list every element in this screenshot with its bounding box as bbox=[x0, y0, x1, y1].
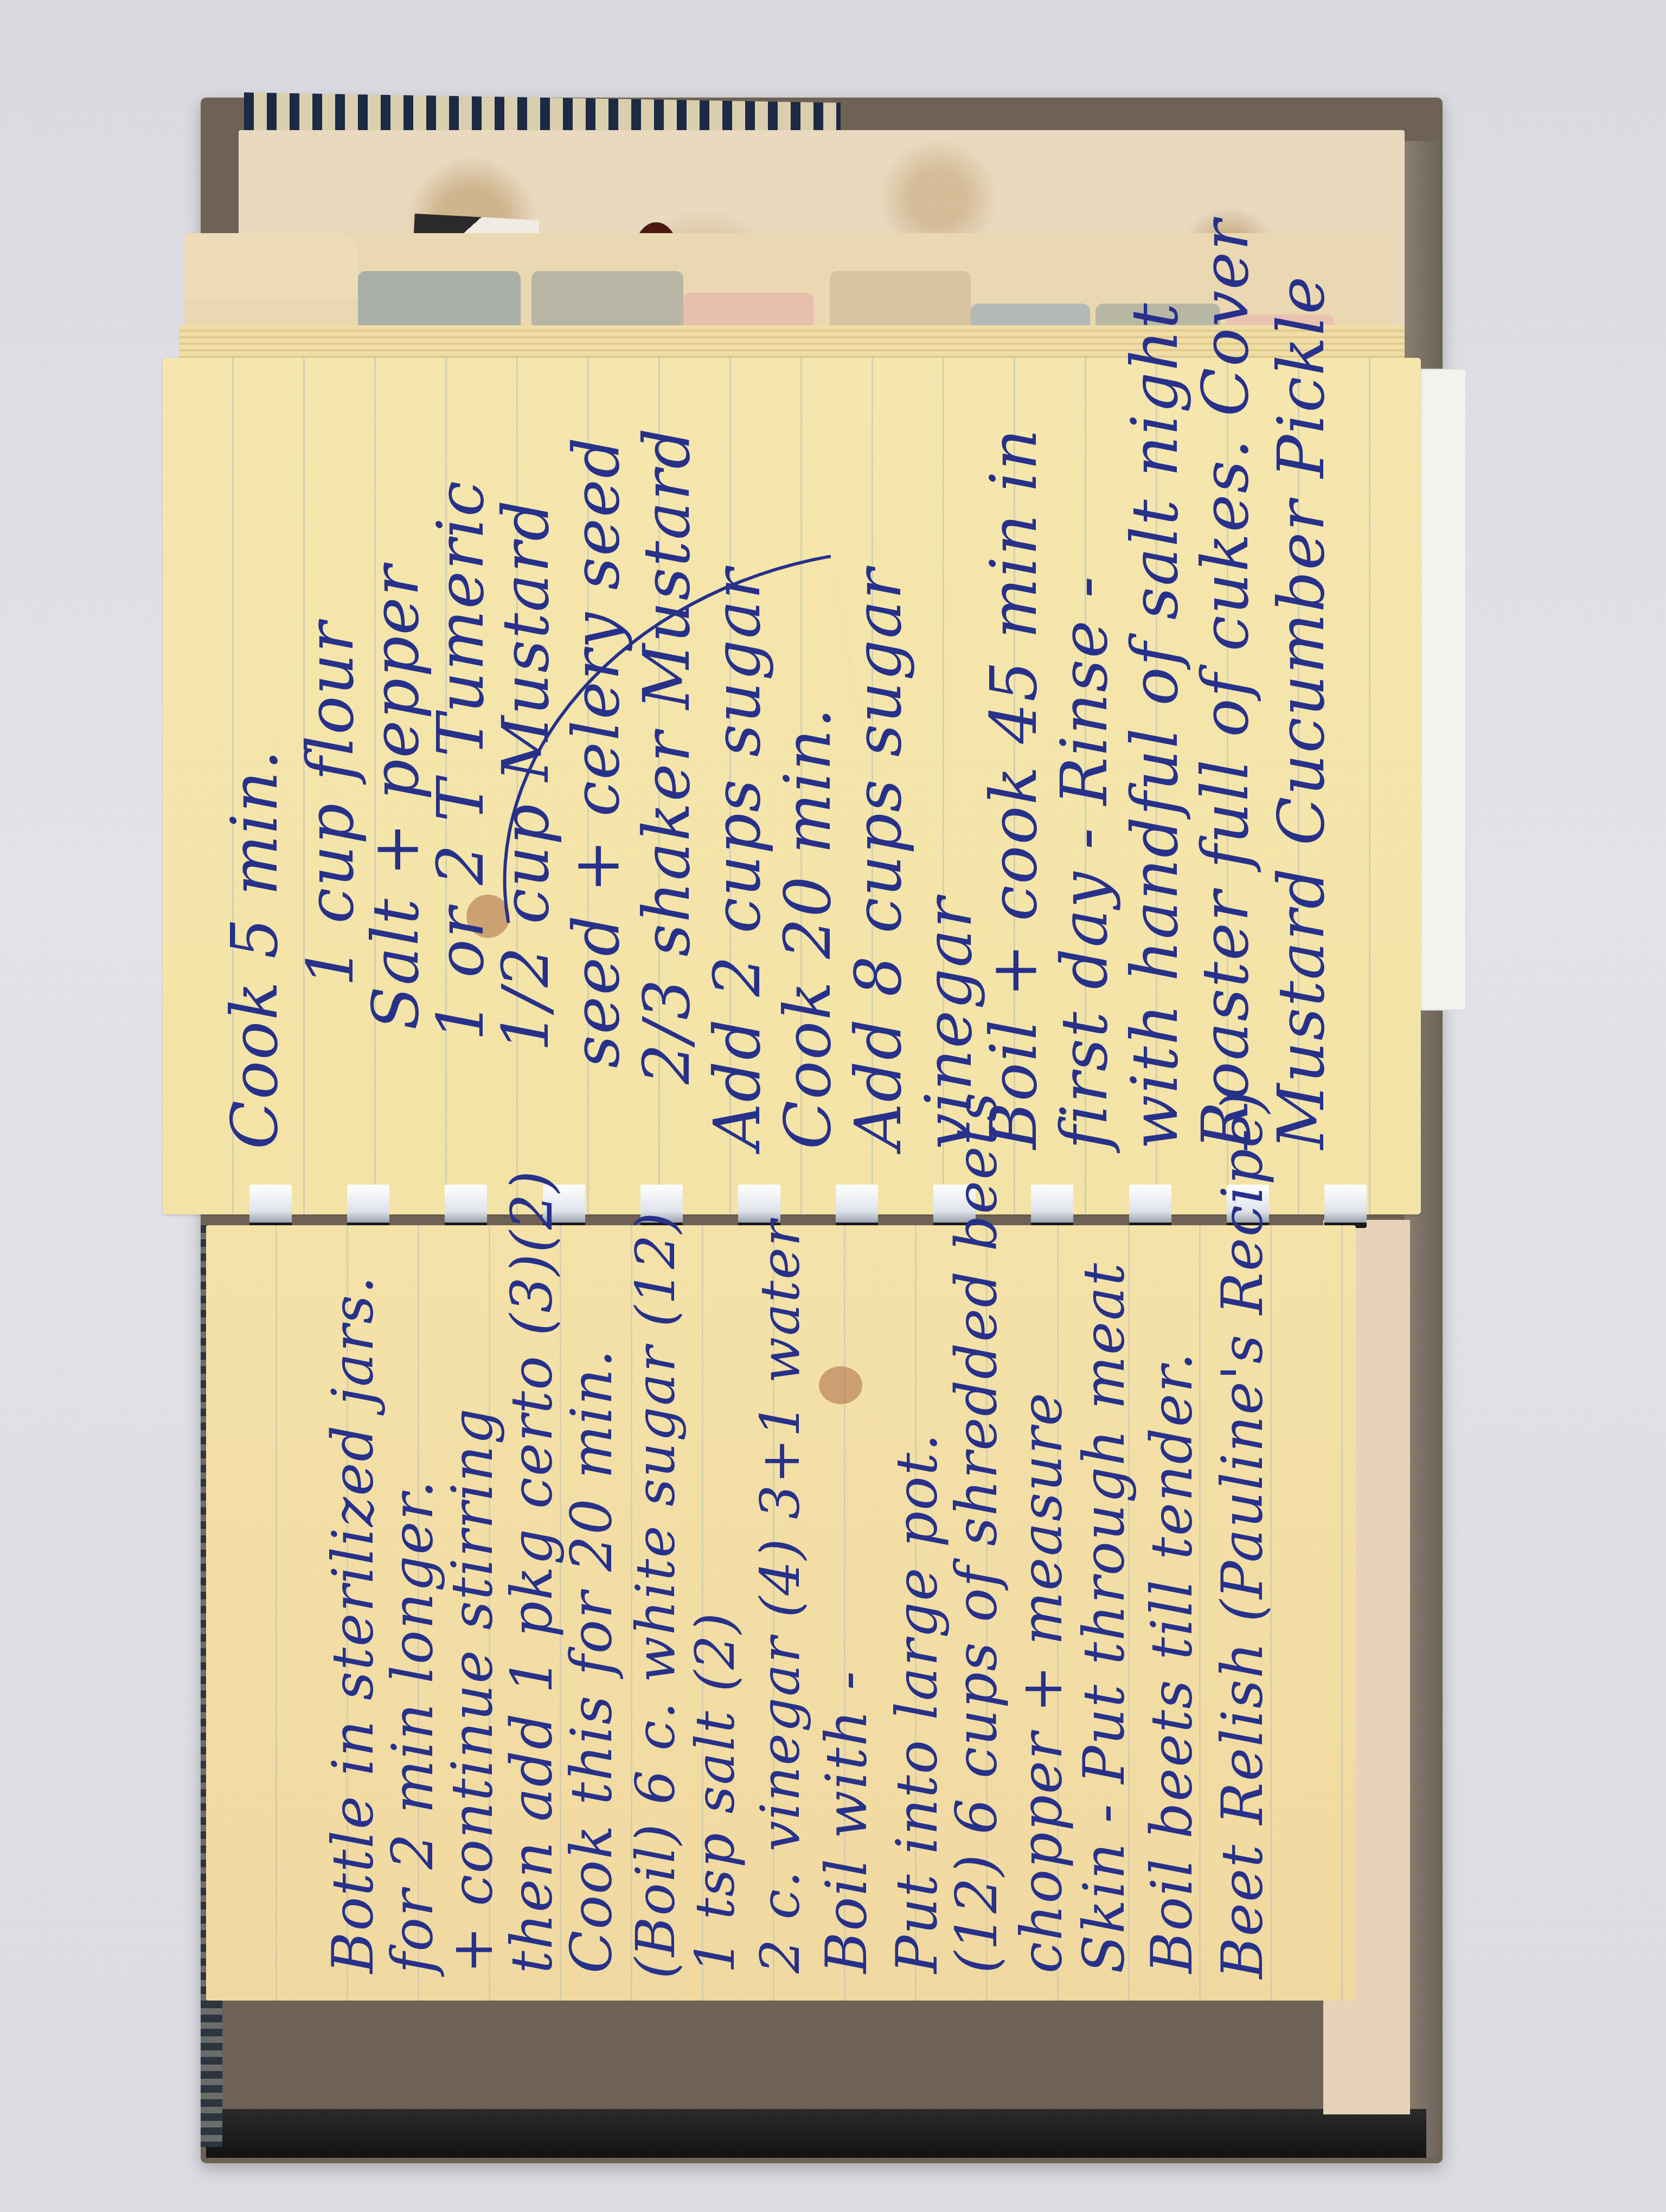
spiral-ring bbox=[1031, 1185, 1073, 1228]
folder-notch bbox=[184, 233, 358, 298]
recipe-line: 1 tsp salt (2) bbox=[683, 1612, 747, 1973]
recipe-line: with handful of salt night bbox=[1117, 302, 1192, 1149]
recipe-line: Roaster full of cukes. Cover bbox=[1188, 219, 1263, 1149]
spiral-ring bbox=[445, 1185, 487, 1228]
recipe-line: then add 1 pkg certo (3)(2) bbox=[499, 1169, 565, 1973]
recipe-line: 1 or 2 T Tumeric bbox=[423, 480, 498, 1041]
recipe-line: chopper + measure bbox=[1009, 1392, 1075, 1973]
recipe-line: Boil + cook 45 min in bbox=[976, 428, 1051, 1149]
recipe-line: for 2 min longer. bbox=[380, 1480, 446, 1973]
recipe-line: Cook 5 min. bbox=[217, 749, 292, 1149]
coffee-stain bbox=[819, 1366, 862, 1404]
recipe-line: first day - Rinse - bbox=[1047, 575, 1122, 1149]
recipe-line: 1 cup flour bbox=[293, 621, 368, 987]
spiral-ring bbox=[1129, 1185, 1171, 1228]
recipe-line: Cook this for 20 min. bbox=[559, 1348, 625, 1973]
recipe-line: Salt + pepper bbox=[358, 564, 433, 1030]
recipe-line: Boil with - bbox=[813, 1670, 880, 1973]
recipe-line: + continue stirring bbox=[439, 1407, 505, 1973]
spiral-ring bbox=[1324, 1185, 1367, 1228]
recipe-title: Mustard Cucumber Pickle bbox=[1264, 275, 1338, 1149]
recipe-title: Beet Relish (Pauline's Recipe) bbox=[1209, 1090, 1276, 1979]
recipe-line: Put into large pot. bbox=[884, 1432, 950, 1973]
spiral-ring bbox=[836, 1185, 878, 1228]
recipe-line: 2 c. vinegar (4) 3+1 water bbox=[748, 1219, 812, 1973]
spiral-ring bbox=[249, 1185, 292, 1228]
recipe-line: Boil beets till tender. bbox=[1139, 1352, 1205, 1973]
recipe-line: (12) 6 cups of shredded beets bbox=[944, 1091, 1010, 1973]
spiral-ring bbox=[347, 1185, 389, 1228]
recipe-line: (Boil) 6 c. white sugar (12) bbox=[624, 1211, 687, 1979]
cover-edge-bottom bbox=[206, 2109, 1426, 2158]
recipe-line: Bottle in sterilized jars. bbox=[320, 1275, 386, 1973]
recipe-line: Skin - Put through meat bbox=[1071, 1262, 1137, 1973]
